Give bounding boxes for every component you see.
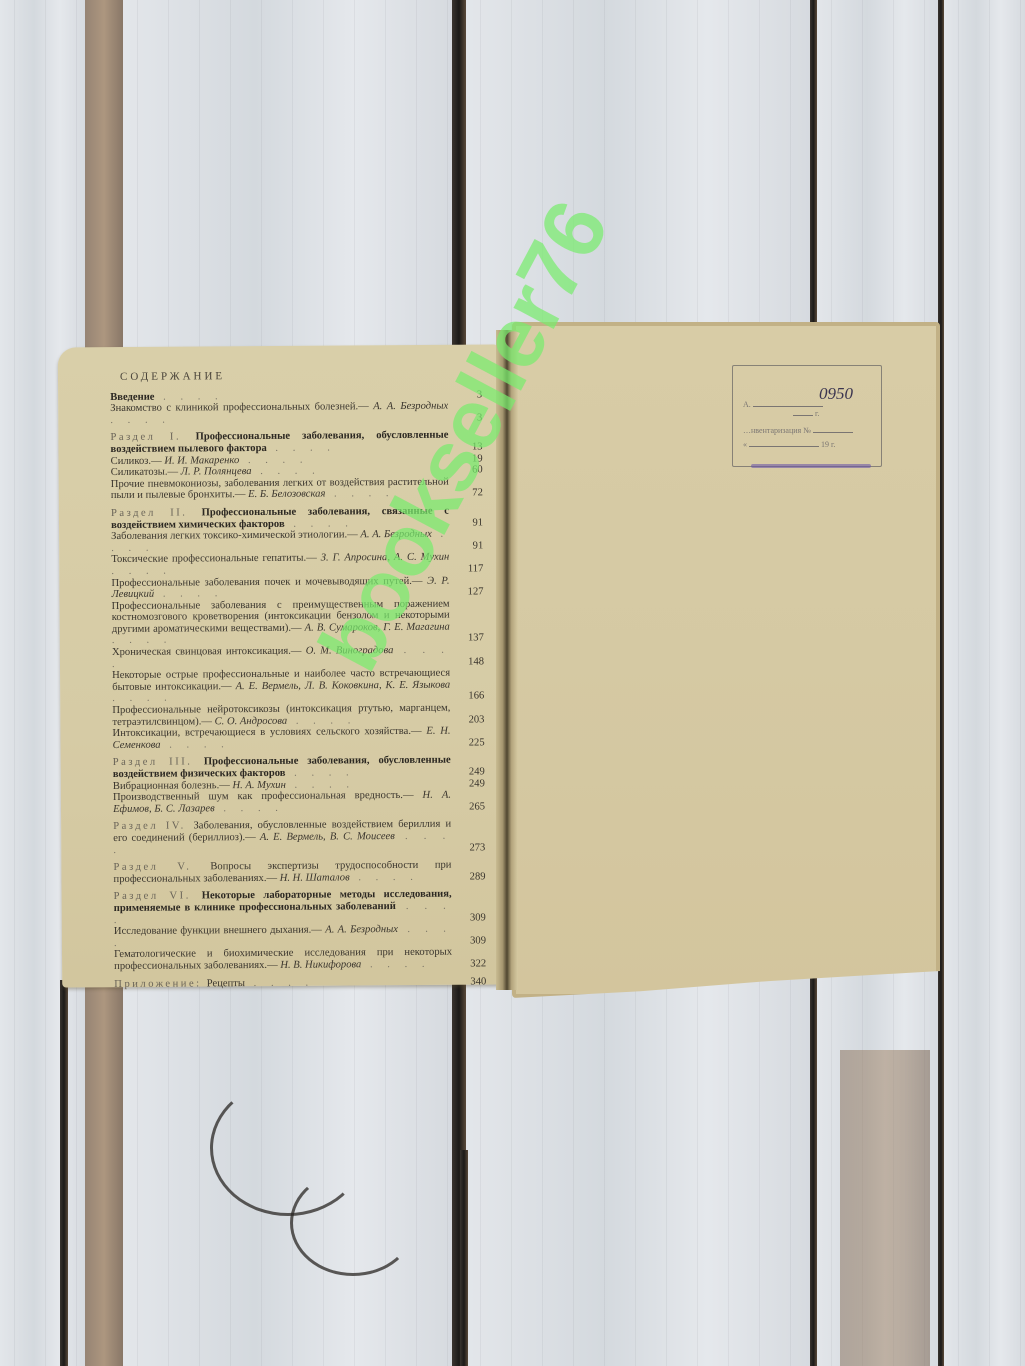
leader-dots: . . . . [112,693,173,704]
entry-title: Производственный шум как профессиональна… [113,790,423,803]
entry-title: Вибрационная болезнь.— [113,780,233,792]
leader-dots: . . . . [154,391,223,402]
stamp-line-3: « 19 г. [743,440,835,449]
entry-author: А. Е. Вермель, Л. В. Коковкина, К. Е. Яз… [236,679,451,691]
leader-dots: . . . . [350,872,419,883]
section-label: Раздел II. [111,507,202,519]
entry-author: С. О. Андросова [215,715,288,727]
entry-title: Исследование функции внешнего дыхания.— [114,925,325,937]
toc-entry: Некоторые острые профессиональные и наиб… [112,668,484,705]
entry-author: Л. Р. Полянцева [181,466,252,477]
toc-entry: Производственный шум как профессиональна… [113,790,485,816]
entry-author: Н. Н. Шаталов [280,872,350,883]
entry-title: Введение [110,391,154,402]
leader-dots: . . . . [112,635,173,646]
leader-dots: . . . . [154,588,223,599]
section-label: Раздел V. [113,861,210,873]
entry-author: А. Е. Вермель, В. С. Моисеев [260,831,395,843]
section-label: Раздел I. [110,432,195,444]
toc-title: СОДЕРЖАНИЕ [120,369,482,383]
entry-title: Хроническая свинцовая интоксикация.— [112,646,306,658]
entry-title: Токсические профессиональные гепатиты.— [111,553,320,565]
leader-dots: . . . . [252,466,321,477]
page-number: 249 [455,766,485,778]
page-number: 322 [456,958,486,970]
toc-entry: Раздел V. Вопросы экспертизы трудоспособ… [113,860,485,886]
leader-dots: . . . . [215,803,284,814]
toc-entry: Профессиональные нейротоксикозы (интокси… [112,702,484,728]
entry-title: Интоксикации, встречающиеся в условиях с… [112,726,426,739]
entry-title: Силикоз.— [111,455,165,466]
entry-author: А. А. Безродных [325,924,398,936]
section-label: Раздел IV. [113,821,193,833]
page-number: 225 [455,737,485,749]
entry-title: Знакомство с клиникой профессиональных б… [110,401,373,414]
page-number: 340 [456,976,486,988]
entry-title: Силикатозы.— [111,467,181,478]
page-number: 265 [455,801,485,813]
leader-dots: . . . . [161,739,230,750]
leader-dots: . . . . [285,518,354,529]
toc-entry: Исследование функции внешнего дыхания.— … [114,924,486,950]
leader-dots: . . . . [111,565,172,576]
entry-author: Н. В. Никифорова [280,959,361,971]
toc-entry: Гематологические и биохимические исследо… [114,947,486,973]
leader-dots: . . . . [245,977,314,988]
page-number: 249 [455,778,485,790]
section-label: Приложение: [114,978,207,990]
stamp-ink-smear [751,464,871,468]
page-number: 127 [454,586,484,598]
page-number: 289 [455,871,485,883]
toc-entry: Раздел VI. Некоторые лабораторные методы… [114,889,486,926]
leader-dots: . . . . [287,715,356,726]
stamp-line-2: …нвентаризация № [743,426,853,435]
toc-entry: Интоксикации, встречающиеся в условиях с… [112,726,484,752]
toc-entry: Раздел IV. Заболевания, обусловленные во… [113,819,485,856]
entry-author: И. И. Макаренко [164,455,239,467]
page-number: 148 [454,656,484,668]
page-number: 203 [454,714,484,726]
entry-title: Рецепты [207,978,245,989]
leader-dots: . . . . [286,779,355,790]
stamp-line-1: А. г. [743,400,881,418]
library-stamp: 0950 А. г. …нвентаризация № « 19 г. [732,365,882,467]
entry-title: Заболевания легких токсико-химической эт… [111,529,360,542]
toc-entry: Раздел III. Профессиональные заболевания… [113,755,485,781]
page-number: 309 [456,935,486,947]
leader-dots: . . . . [110,414,171,425]
leader-dots: . . . . [267,442,336,453]
page-number: 117 [453,563,483,575]
page-number: 309 [456,912,486,924]
leader-dots: . . . . [239,454,308,465]
entry-author: Е. Б. Белозовская [248,489,325,501]
leader-dots: . . . . [361,959,430,970]
entry-author: Н. А. Мухин [232,779,285,790]
page-number: 166 [454,691,484,703]
toc-entry: Хроническая свинцовая интоксикация.— О. … [112,644,484,670]
page-number: 137 [454,633,484,645]
leader-dots: . . . . [285,767,354,778]
page-number: 273 [455,842,485,854]
section-label: Раздел III. [113,757,204,769]
section-label: Раздел VI. [114,891,202,903]
